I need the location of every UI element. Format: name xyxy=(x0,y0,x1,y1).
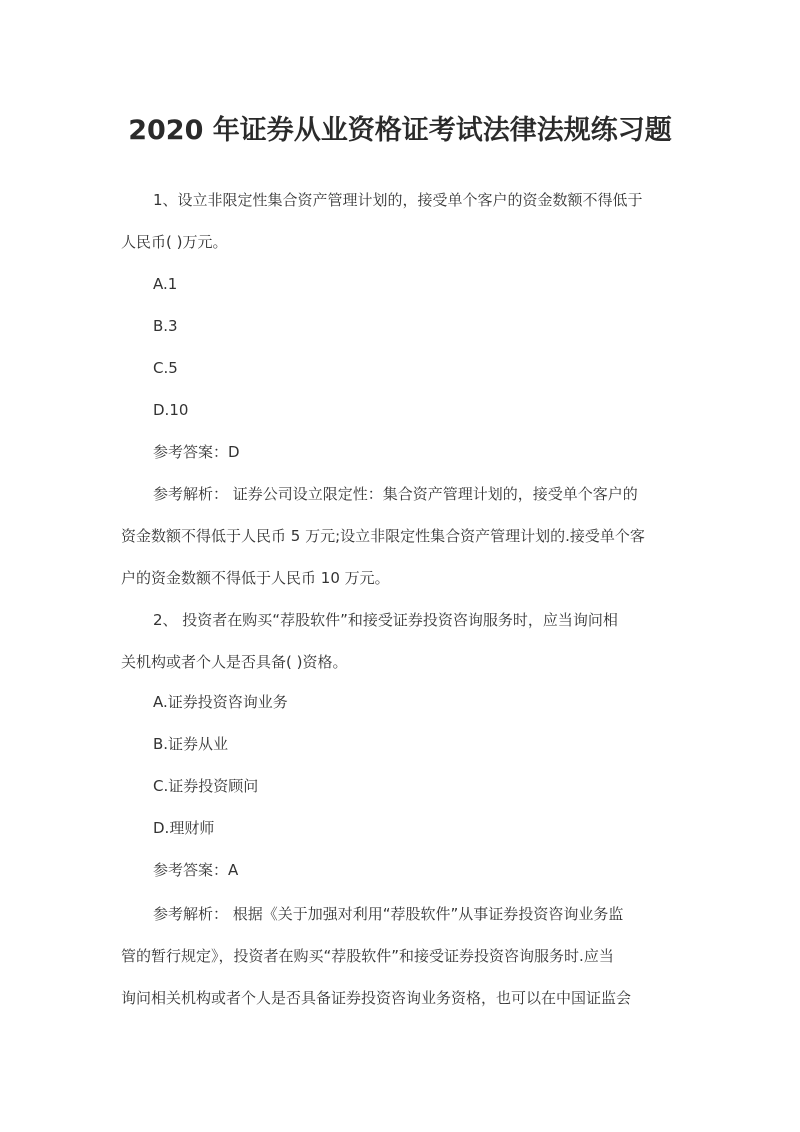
option-c: C.5 xyxy=(153,358,178,378)
option-d: D.理财师 xyxy=(153,818,214,838)
document-page: 2020 年证券从业资格证考试法律法规练习题 1、设立非限定性集合资产管理计划的… xyxy=(0,0,800,1132)
option-d: D.10 xyxy=(153,400,188,420)
document-title: 2020 年证券从业资格证考试法律法规练习题 xyxy=(0,108,800,147)
option-b: B.证券从业 xyxy=(153,734,228,754)
question-stem-line: 2、 投资者在购买“荐股软件”和接受证券投资咨询服务时，应当询问相 xyxy=(153,610,618,630)
question-stem-line: 人民币( )万元。 xyxy=(121,232,227,252)
option-a: A.证券投资咨询业务 xyxy=(153,692,288,712)
explanation-line: 户的资金数额不得低于人民币 10 万元。 xyxy=(121,568,390,588)
question-stem-line: 1、设立非限定性集合资产管理计划的，接受单个客户的资金数额不得低于 xyxy=(153,190,643,210)
option-a: A.1 xyxy=(153,274,177,294)
explanation-line: 管的暂行规定》，投资者在购买“荐股软件”和接受证券投资咨询服务时.应当 xyxy=(121,946,614,966)
option-b: B.3 xyxy=(153,316,178,336)
answer-line: 参考答案：A xyxy=(153,860,238,880)
question-stem-line: 关机构或者个人是否具备( )资格。 xyxy=(121,652,347,672)
explanation-line: 资金数额不得低于人民币 5 万元;设立非限定性集合资产管理计划的.接受单个客 xyxy=(121,526,645,546)
explanation-line: 参考解析： 证券公司设立限定性：集合资产管理计划的，接受单个客户的 xyxy=(153,484,638,504)
explanation-line: 参考解析： 根据《关于加强对利用“荐股软件”从事证券投资咨询业务监 xyxy=(153,904,623,924)
explanation-line: 询问相关机构或者个人是否具备证券投资咨询业务资格，也可以在中国证监会 xyxy=(121,988,631,1008)
option-c: C.证券投资顾问 xyxy=(153,776,258,796)
answer-line: 参考答案：D xyxy=(153,442,240,462)
